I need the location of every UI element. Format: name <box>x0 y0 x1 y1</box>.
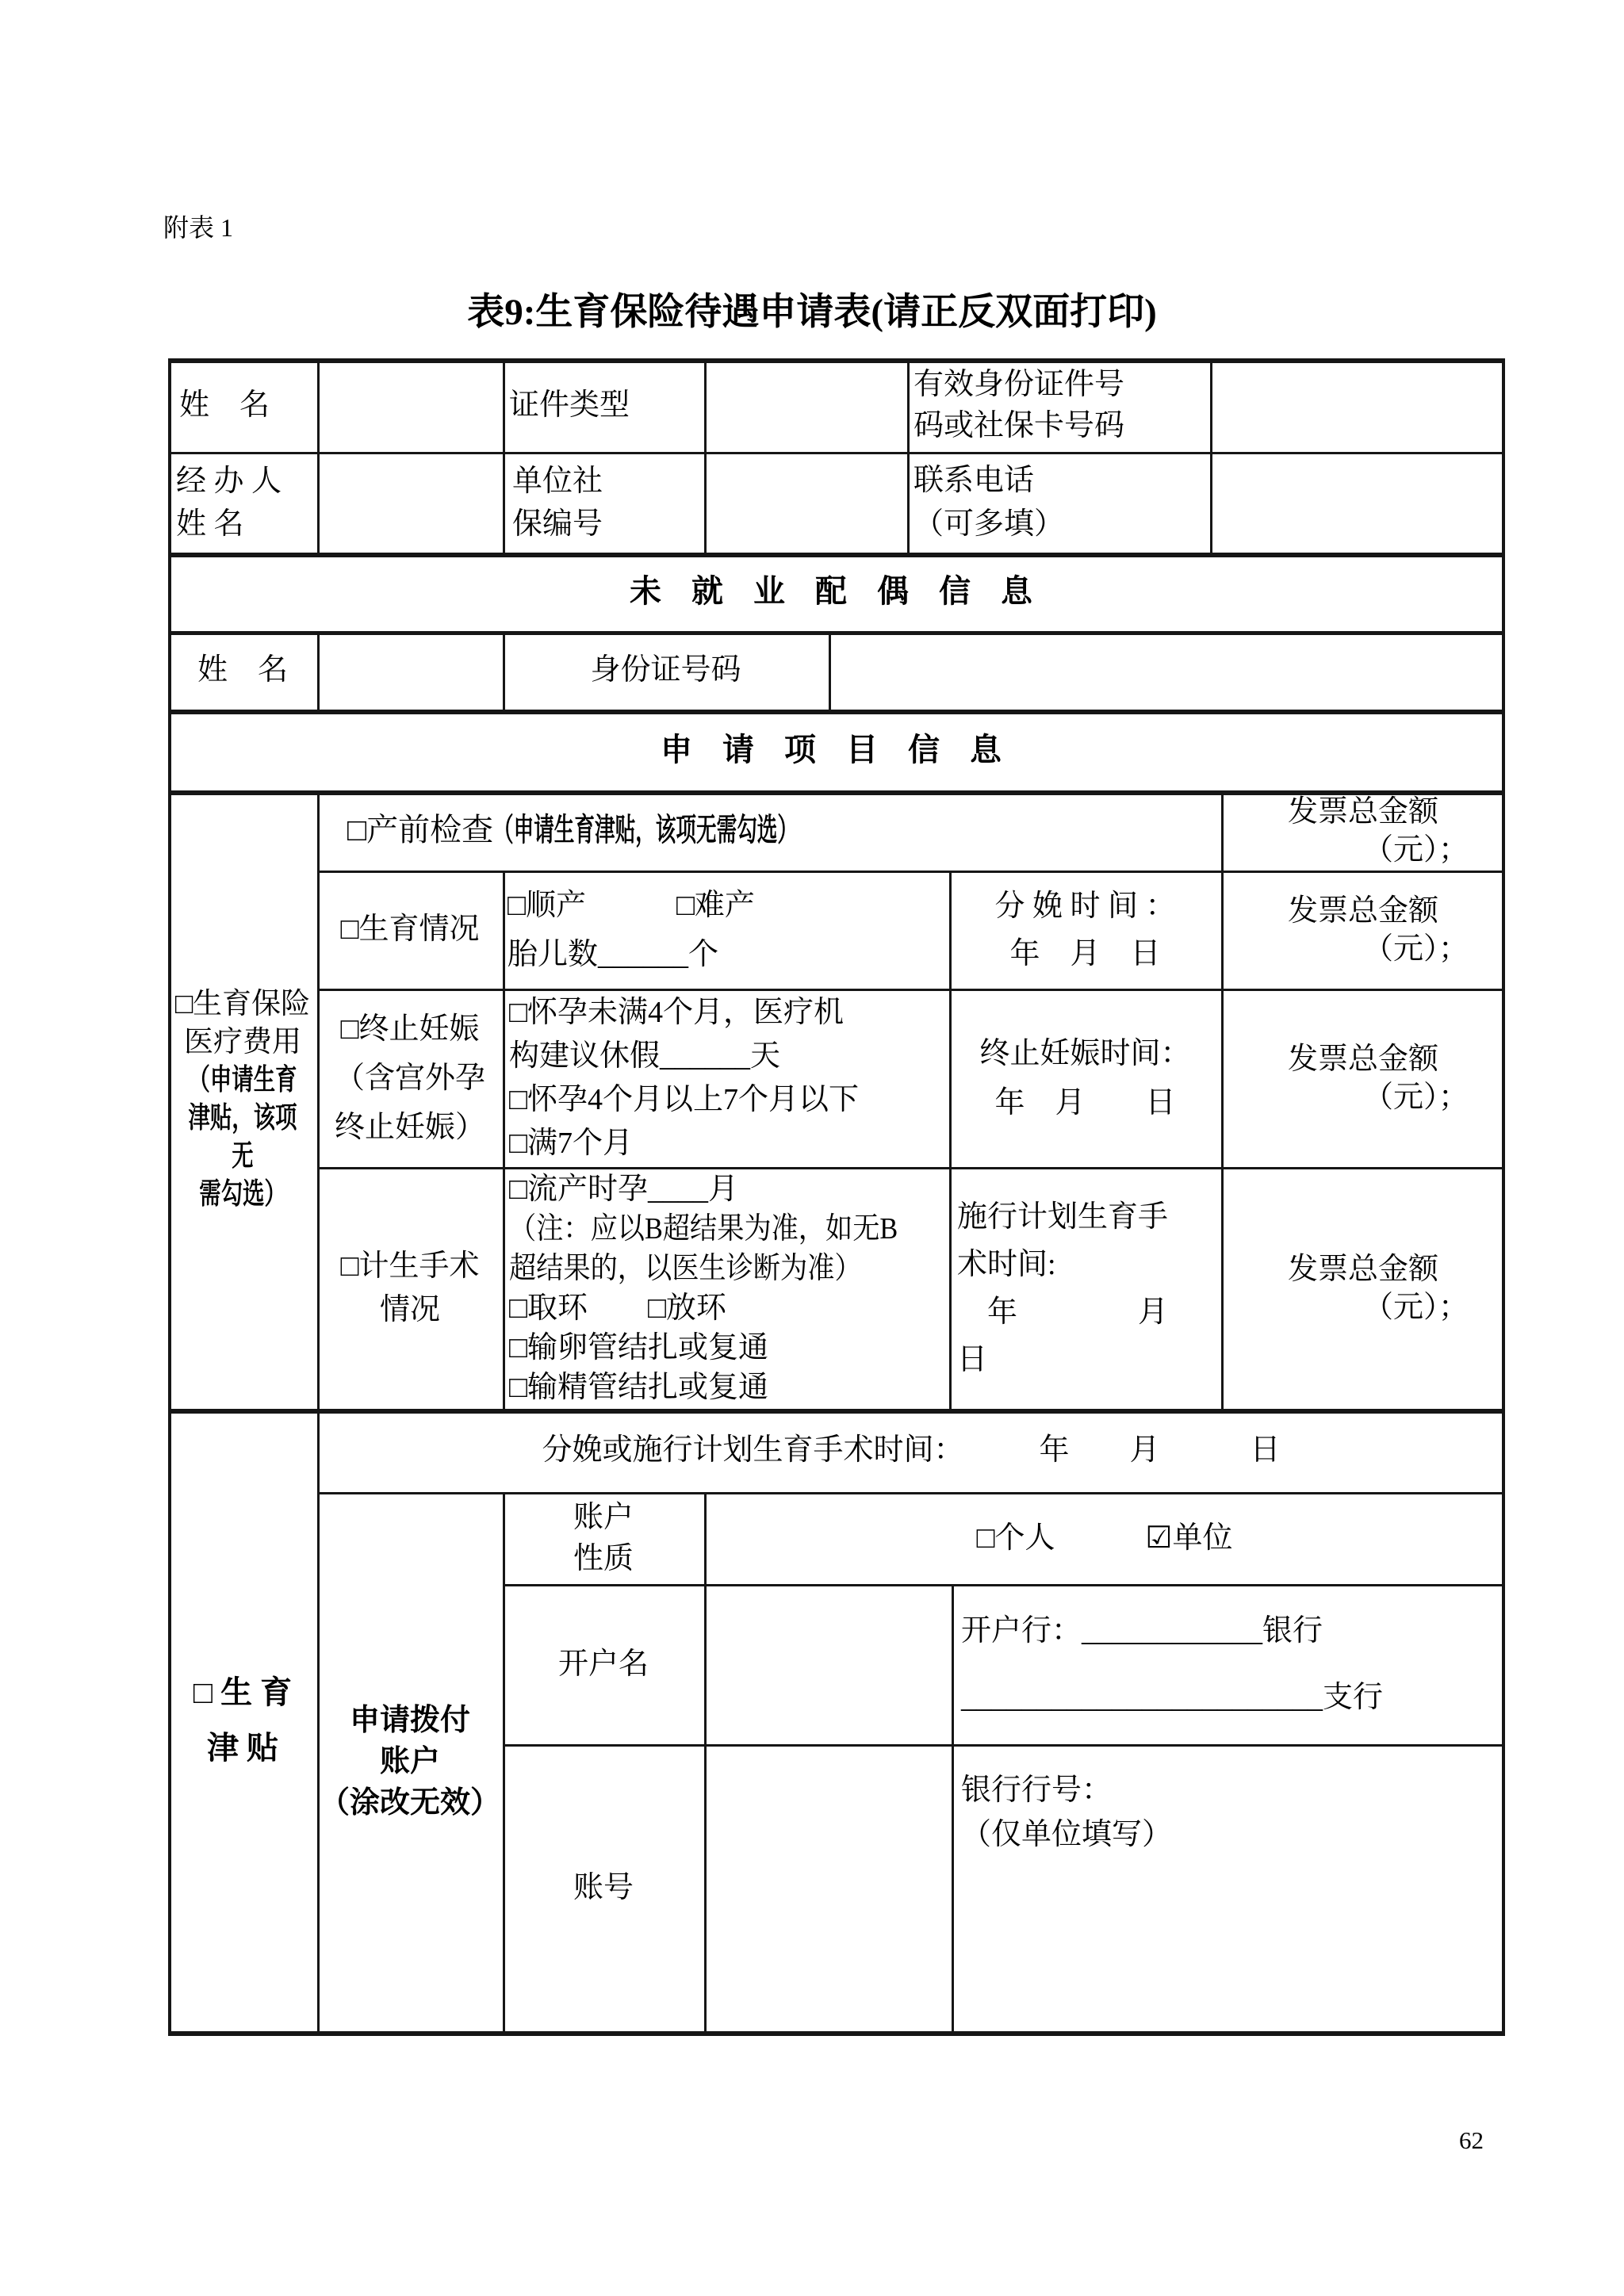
spouse-id-label: 身份证号码 <box>503 631 829 710</box>
grid-line <box>317 790 320 2031</box>
account-name-label: 开户名 <box>503 1584 704 1744</box>
invoice-total-label: 发票总金额 <box>1288 793 1438 831</box>
grid-line <box>168 452 1505 454</box>
medical-expense-label: □生育保险 医疗费用 <box>175 985 310 1062</box>
grid-line <box>952 1584 954 2031</box>
grid-line <box>907 358 910 553</box>
contact-phone-label: 联系电话 （可多填） <box>907 452 1216 553</box>
delivery-or-surgery-time-row: 分娩或施行计划生育手术时间： 年 月 日 <box>317 1409 1592 1492</box>
prenatal-checkbox-label: □产前检查 <box>347 809 493 851</box>
unit-ssn-label: 单位社 保编号 <box>503 452 714 553</box>
medical-expense-category-cell: □生育保险 医疗费用 （申请生育 津贴，该项无 需勾选） <box>168 790 317 1409</box>
grid-line <box>168 1409 1505 1414</box>
grid-line <box>317 1167 1505 1169</box>
maternity-allowance-category: □ 生 育 津 贴 <box>168 1409 317 2031</box>
invoice-total-cell-surgery: 发票总金额 （元）； <box>1221 1167 1505 1409</box>
surgery-time-cell: 施行计划生育手 术时间: 年 月 日 <box>949 1167 1229 1409</box>
grid-line <box>168 553 1505 557</box>
invoice-unit-label: （元）； <box>1363 1288 1469 1326</box>
invoice-unit-label: （元）； <box>1363 831 1469 869</box>
agent-name-label: 经 办 人 姓 名 <box>168 452 325 553</box>
grid-line <box>1221 790 1224 1409</box>
invoice-unit-label: （元）； <box>1363 930 1469 968</box>
account-type-options: □个人 ☑单位 <box>704 1492 1505 1584</box>
termination-time-cell: 终止妊娠时间： 年 月 日 <box>949 989 1221 1167</box>
grid-line <box>168 358 171 2036</box>
grid-line <box>503 358 505 553</box>
birth-time-cell: 分 娩 时 间 ： 年 月 日 <box>949 871 1221 989</box>
grid-line <box>503 1492 505 2031</box>
medical-expense-note: （申请生育 津贴，该项无 需勾选） <box>187 1062 297 1214</box>
birth-options: □顺产 □难产 胎儿数______个 <box>503 871 954 989</box>
grid-line <box>503 1584 1505 1586</box>
valid-id-label: 有效身份证件号 码或社保卡号码 <box>907 358 1223 452</box>
grid-line <box>503 631 505 710</box>
bank-branch-cell: 开户行：____________银行 _____________________… <box>952 1584 1515 1744</box>
surgery-option-list: □取环 □放环 □输卵管结扎或复通 □输精管结扎或复通 <box>509 1288 768 1407</box>
grid-line <box>503 1744 1505 1747</box>
grid-line <box>168 710 1505 714</box>
surgery-options: □流产时孕____月 （注：应以B超结果为准，如无B 超结果的，以医生诊断为准）… <box>503 1167 956 1409</box>
surgery-label: □计生手术 情况 <box>317 1167 503 1409</box>
spouse-section-header: 未 就 业 配 偶 信 息 <box>168 553 1505 631</box>
cert-type-label: 证件类型 <box>503 358 710 452</box>
prenatal-check-cell: □产前检查 （申请生育津贴，该项无需勾选） <box>317 790 1251 871</box>
page-number: 62 <box>1459 2126 1484 2155</box>
invoice-total-cell-birth: 发票总金额 （元）； <box>1221 871 1505 989</box>
surgery-note: （注：应以B超结果为准，如无B 超结果的，以医生诊断为准） <box>509 1209 898 1288</box>
invoice-unit-label: （元）； <box>1363 1078 1469 1116</box>
invoice-total-label: 发票总金额 <box>1288 1250 1438 1288</box>
invoice-total-label: 发票总金额 <box>1288 1040 1438 1078</box>
grid-line <box>829 631 831 710</box>
grid-line <box>704 358 707 553</box>
application-section-header: 申 请 项 目 信 息 <box>168 710 1505 790</box>
applicant-name-label: 姓 名 <box>168 358 328 452</box>
grid-line <box>949 871 952 1409</box>
invoice-total-label: 发票总金额 <box>1288 892 1438 930</box>
page-title: 表9:生育保险待遇申请表(请正反双面打印) <box>0 282 1624 335</box>
bank-code-cell: 银行行号： （仅单位填写） <box>952 1744 1515 2055</box>
grid-line <box>317 989 1505 991</box>
grid-line <box>317 631 320 710</box>
termination-label: □终止妊娠 （含宫外孕 终止妊娠） <box>317 989 503 1167</box>
grid-line <box>168 790 1505 795</box>
spouse-name-label: 姓 名 <box>168 631 317 710</box>
surgery-option-abortion: □流产时孕____月 <box>509 1169 738 1209</box>
grid-line <box>317 871 1505 873</box>
invoice-total-cell-termination: 发票总金额 （元）； <box>1221 989 1505 1167</box>
invoice-total-cell-prenatal: 发票总金额 （元）； <box>1221 790 1505 871</box>
grid-line <box>168 2031 1505 2036</box>
prenatal-note: （申请生育津贴，该项无需勾选） <box>493 809 798 851</box>
grid-line <box>168 631 1505 635</box>
form-page: 附表 1 表9:生育保险待遇申请表(请正反双面打印) 62 姓 名 证件类型 有… <box>0 0 1624 2296</box>
termination-options: □怀孕未满4个月，医疗机 构建议休假______天 □怀孕4个月以上7个月以下 … <box>503 989 956 1167</box>
grid-line <box>503 871 505 1409</box>
attachment-label: 附表 1 <box>163 208 233 244</box>
payment-account-label: 申请拨付 账户 （涂改无效） <box>317 1492 503 2031</box>
grid-line <box>317 1492 1505 1494</box>
grid-line <box>317 358 320 553</box>
grid-line <box>704 1492 707 2031</box>
grid-line <box>1210 358 1212 553</box>
account-number-label: 账号 <box>503 1744 704 2031</box>
grid-line <box>1502 358 1505 2036</box>
birth-status-label: □生育情况 <box>317 871 503 989</box>
account-type-label: 账户 性质 <box>503 1492 704 1584</box>
grid-line <box>168 358 1505 363</box>
